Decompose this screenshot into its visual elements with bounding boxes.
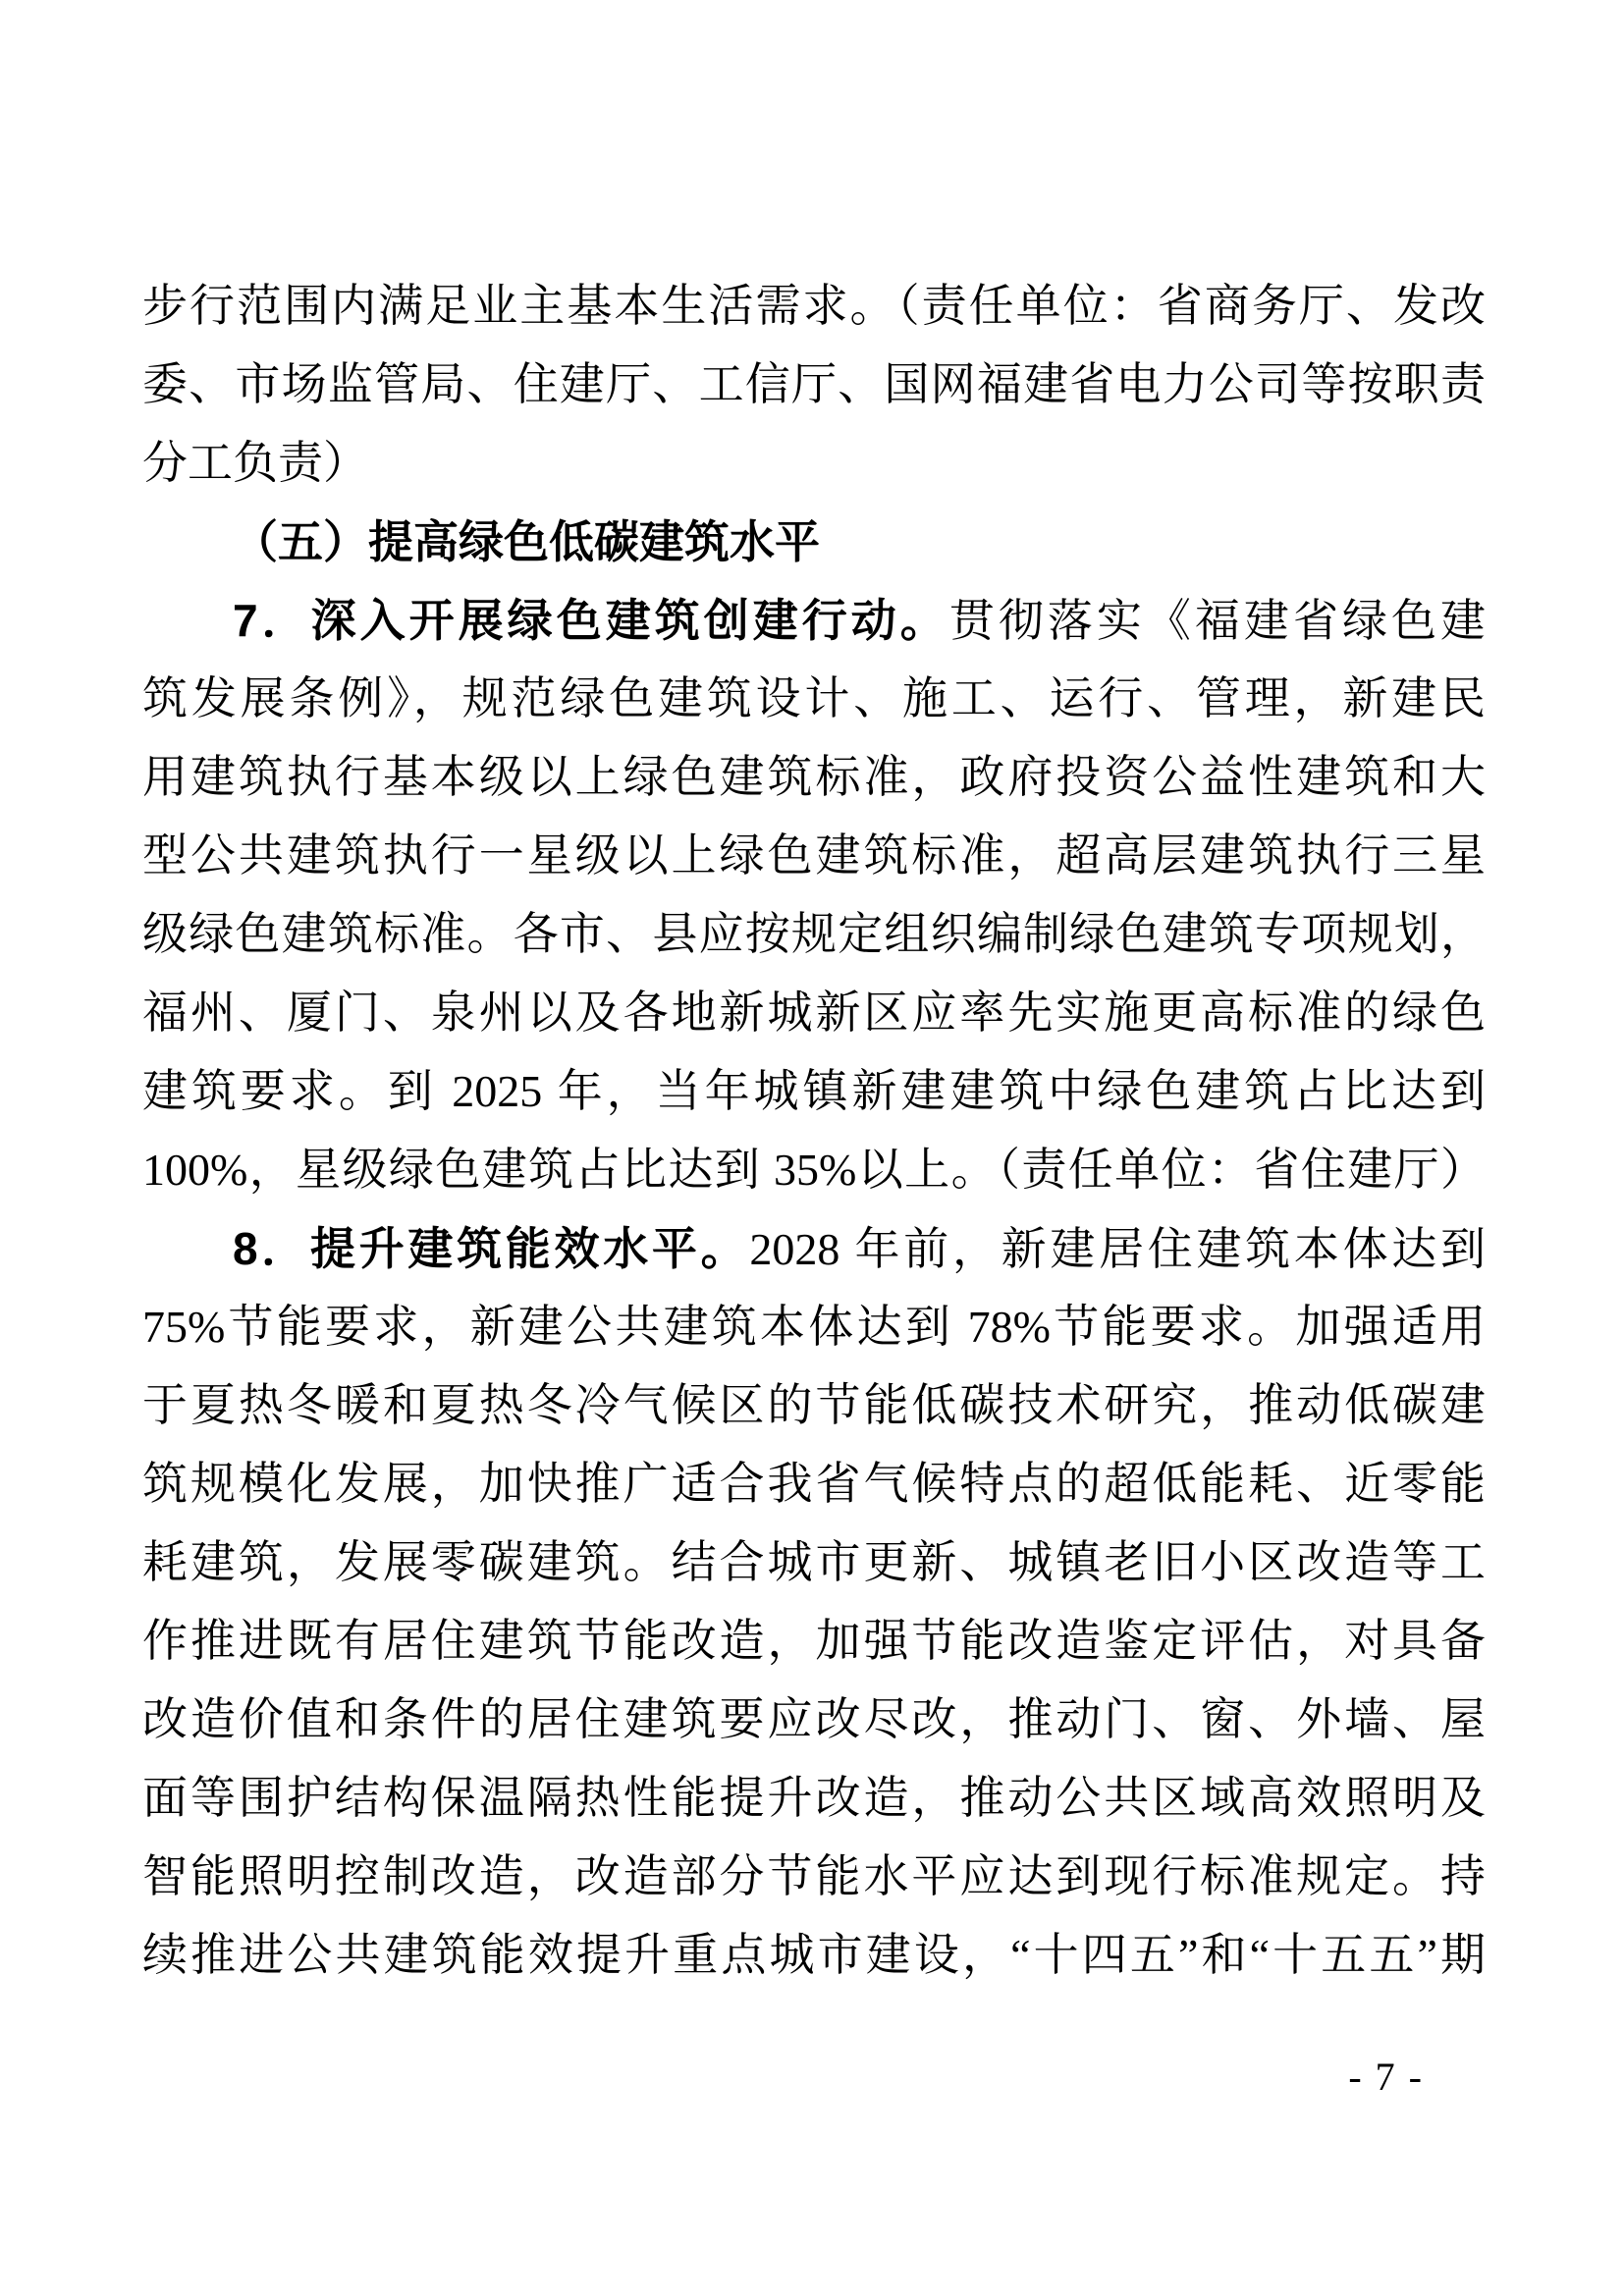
para8-line8: 面等围护结构保温隔热性能提升改造，推动公共区域高效照明及 [142,1759,1486,1838]
text-segment: 改造价值和条件的居住建筑要应改尽改，推动门、窗、外墙、屋 [142,1694,1486,1744]
text-segment: 面等围护结构保温隔热性能提升改造，推动公共区域高效照明及 [142,1773,1486,1823]
text-segment: 智能照明控制改造，改造部分节能水平应达到现行标准规定。持 [142,1851,1486,1901]
text-segment: 100%，星级绿色建筑占比达到 35%以上。（责任单位：省住建厅） [142,1145,1486,1195]
text-segment: 步行范围内满足业主基本生活需求。（责任单位：省商务厅、发改 [142,281,1486,331]
text-segment: 筑发展条例》，规范绿色建筑设计、施工、运行、管理，新建民 [142,673,1486,723]
para8-line4: 筑规模化发展，加快推广适合我省气候特点的超低能耗、近零能 [142,1445,1486,1523]
para8-line1: 8．提升建筑能效水平。2028 年前，新建居住建筑本体达到 [142,1209,1486,1288]
page-number: - 7 - [1348,2054,1424,2101]
bold-text-segment: 7．深入开展绿色建筑创建行动。 [233,595,949,646]
text-segment: 于夏热冬暖和夏热冬冷气候区的节能低碳技术研究，推动低碳建 [142,1380,1486,1430]
para7-line3: 用建筑执行基本级以上绿色建筑标准，政府投资公益性建筑和大 [142,738,1486,817]
para1-line1: 步行范围内满足业主基本生活需求。（责任单位：省商务厅、发改 [142,267,1486,346]
para8-line10: 续推进公共建筑能效提升重点城市建设，“十四五”和“十五五”期 [142,1916,1486,1995]
text-segment: 续推进公共建筑能效提升重点城市建设，“十四五”和“十五五”期 [142,1930,1486,1980]
text-segment: 75%节能要求，新建公共建筑本体达到 78%节能要求。加强适用 [142,1302,1486,1352]
para7-line2: 筑发展条例》，规范绿色建筑设计、施工、运行、管理，新建民 [142,660,1486,738]
para8-line2: 75%节能要求，新建公共建筑本体达到 78%节能要求。加强适用 [142,1288,1486,1366]
text-segment: 筑规模化发展，加快推广适合我省气候特点的超低能耗、近零能 [142,1459,1486,1509]
para1-line3: 分工负责） [142,424,1486,503]
para7-line6: 福州、厦门、泉州以及各地新城新区应率先实施更高标准的绿色 [142,974,1486,1052]
document-page: 步行范围内满足业主基本生活需求。（责任单位：省商务厅、发改委、市场监管局、住建厅… [0,0,1624,2296]
para7-line1: 7．深入开展绿色建筑创建行动。贯彻落实《福建省绿色建 [142,581,1486,660]
text-segment: 建筑要求。到 2025 年，当年城镇新建建筑中绿色建筑占比达到 [142,1066,1486,1116]
para8-line6: 作推进既有居住建筑节能改造，加强节能改造鉴定评估，对具备 [142,1602,1486,1681]
text-segment: 作推进既有居住建筑节能改造，加强节能改造鉴定评估，对具备 [142,1616,1486,1666]
para8-line5: 耗建筑，发展零碳建筑。结合城市更新、城镇老旧小区改造等工 [142,1523,1486,1602]
text-segment: 2028 年前，新建居住建筑本体达到 [749,1224,1486,1274]
text-segment: 级绿色建筑标准。各市、县应按规定组织编制绿色建筑专项规划， [142,909,1486,959]
bold-text-segment: 8．提升建筑能效水平。 [233,1223,749,1274]
para8-line7: 改造价值和条件的居住建筑要应改尽改，推动门、窗、外墙、屋 [142,1681,1486,1759]
para7-line8: 100%，星级绿色建筑占比达到 35%以上。（责任单位：省住建厅） [142,1131,1486,1209]
text-segment: 用建筑执行基本级以上绿色建筑标准，政府投资公益性建筑和大 [142,752,1486,802]
para7-line5: 级绿色建筑标准。各市、县应按规定组织编制绿色建筑专项规划， [142,895,1486,974]
para7-line7: 建筑要求。到 2025 年，当年城镇新建建筑中绿色建筑占比达到 [142,1052,1486,1131]
bold-text-segment: （五）提高绿色低碳建筑水平 [233,516,820,567]
text-segment: 耗建筑，发展零碳建筑。结合城市更新、城镇老旧小区改造等工 [142,1537,1486,1587]
text-segment: 福州、厦门、泉州以及各地新城新区应率先实施更高标准的绿色 [142,988,1486,1038]
para1-line2: 委、市场监管局、住建厅、工信厅、国网福建省电力公司等按职责 [142,346,1486,424]
para7-line4: 型公共建筑执行一星级以上绿色建筑标准，超高层建筑执行三星 [142,817,1486,895]
para8-line9: 智能照明控制改造，改造部分节能水平应达到现行标准规定。持 [142,1838,1486,1916]
document-body: 步行范围内满足业主基本生活需求。（责任单位：省商务厅、发改委、市场监管局、住建厅… [142,267,1486,1995]
text-segment: 委、市场监管局、住建厅、工信厅、国网福建省电力公司等按职责 [142,359,1486,409]
text-segment: 型公共建筑执行一星级以上绿色建筑标准，超高层建筑执行三星 [142,830,1486,881]
text-segment: 贯彻落实《福建省绿色建 [949,596,1486,646]
para8-line3: 于夏热冬暖和夏热冬冷气候区的节能低碳技术研究，推动低碳建 [142,1366,1486,1445]
text-segment: 分工负责） [142,438,368,488]
section-heading-5: （五）提高绿色低碳建筑水平 [142,503,1486,581]
